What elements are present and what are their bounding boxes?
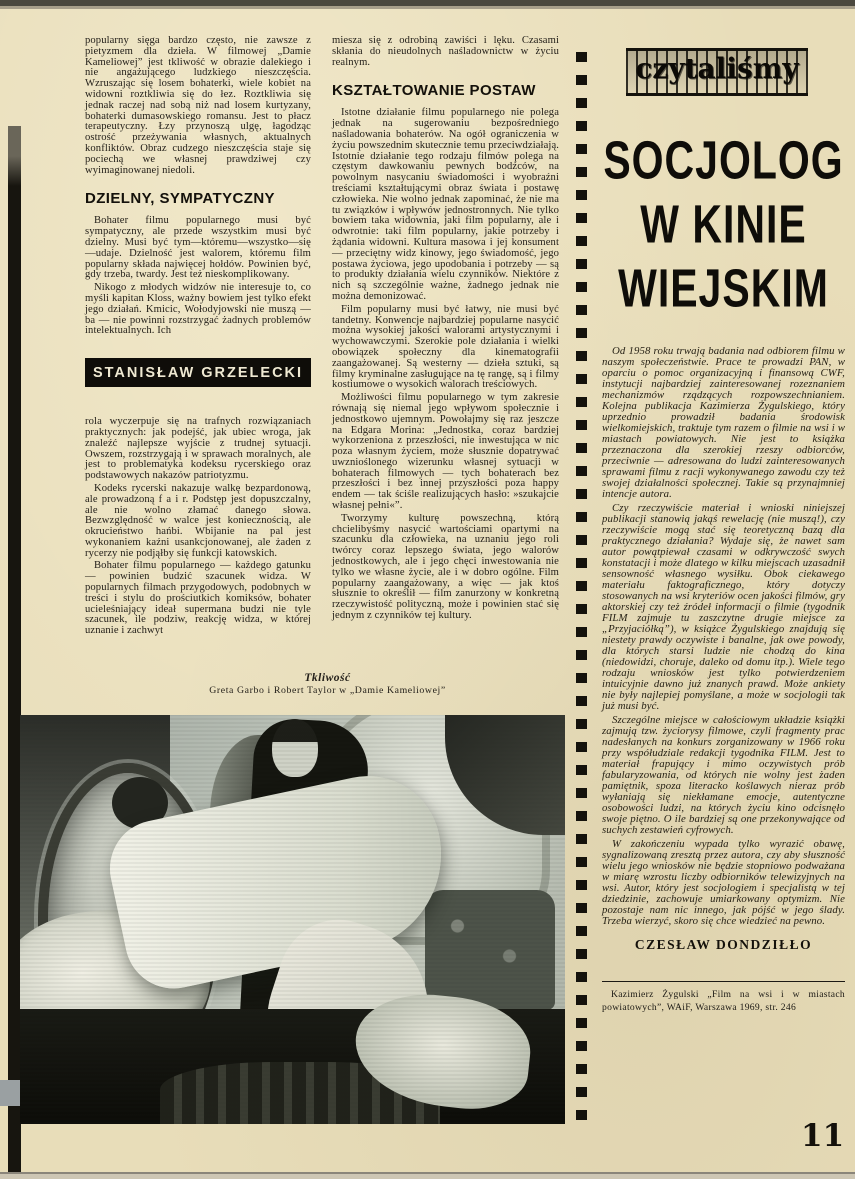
paragraph: Od 1958 roku trwają badania nad odbiorem… bbox=[602, 346, 845, 500]
paragraph: Kodeks rycerski nakazuje walkę bezpardon… bbox=[85, 484, 311, 560]
paragraph: W zakończeniu wypada tylko wyrazić obawę… bbox=[602, 839, 845, 927]
paragraph: Tworzymy kulturę powszechną, którą chcie… bbox=[332, 514, 559, 622]
paragraph: rola wyczerpuje się na trafnych rozwiąza… bbox=[85, 417, 311, 482]
paragraph: Czy rzeczywiście materiał i wnioski nini… bbox=[602, 503, 845, 712]
paragraph: Możliwości filmu popularnego w tym zakre… bbox=[332, 393, 559, 512]
paragraph: popularny sięga bardzo często, nie zawsz… bbox=[85, 36, 311, 176]
photo-caption-title: Tkliwość bbox=[175, 672, 480, 684]
scan-edge-top-shadow bbox=[0, 6, 855, 9]
middle-column: miesza się z odrobiną zawiści i lęku. Cz… bbox=[332, 36, 559, 624]
author-name-box: STANISŁAW GRZELECKI bbox=[85, 358, 311, 387]
czytalismy-logo-text: czytaliśmy bbox=[626, 52, 808, 85]
section-heading-dzielny: DZIELNY, SYMPATYCZNY bbox=[85, 190, 311, 207]
paragraph: Szczególne miejsce w całościowym układzi… bbox=[602, 715, 845, 836]
section-heading-ksztaltowanie: KSZTAŁTOWANIE POSTAW bbox=[332, 82, 559, 99]
magazine-page: popularny sięga bardzo często, nie zawsz… bbox=[0, 0, 855, 1179]
film-still-photo bbox=[20, 715, 565, 1124]
photo-grain-overlay bbox=[20, 715, 565, 1124]
left-column: popularny sięga bardzo często, nie zawsz… bbox=[85, 36, 311, 639]
paragraph: Bohater filmu popularnego musi być sympa… bbox=[85, 216, 311, 281]
byline: CZESŁAW DONDZIŁŁO bbox=[602, 937, 845, 953]
article-headline: SOCJOLOG W KINIE WIEJSKIM bbox=[602, 128, 845, 320]
paragraph: Nikogo z młodych widzów nie interesuje t… bbox=[85, 283, 311, 337]
paragraph: miesza się z odrobiną zawiści i lęku. Cz… bbox=[332, 36, 559, 68]
scan-edge-bottom bbox=[0, 1174, 855, 1179]
headline-line: WIEJSKIM bbox=[602, 246, 845, 330]
photo-caption: Tkliwość Greta Garbo i Robert Taylor w „… bbox=[175, 672, 480, 696]
paragraph: Bohater filmu popularnego — każdego gatu… bbox=[85, 561, 311, 637]
paragraph: Film popularny musi być łatwy, nie musi … bbox=[332, 305, 559, 391]
czytalismy-logo: czytaliśmy bbox=[626, 48, 808, 90]
footnote: Kazimierz Żygulski „Film na wsi i w mias… bbox=[602, 981, 845, 1014]
right-column: czytaliśmy SOCJOLOG W KINIE WIEJSKIM Od … bbox=[602, 36, 845, 1014]
paragraph: Istotne działanie filmu popularnego nie … bbox=[332, 108, 559, 302]
column-separator-squares bbox=[576, 52, 587, 1130]
photo-caption-credit: Greta Garbo i Robert Taylor w „Damie Kam… bbox=[175, 685, 480, 696]
page-number: 11 bbox=[801, 1118, 844, 1154]
